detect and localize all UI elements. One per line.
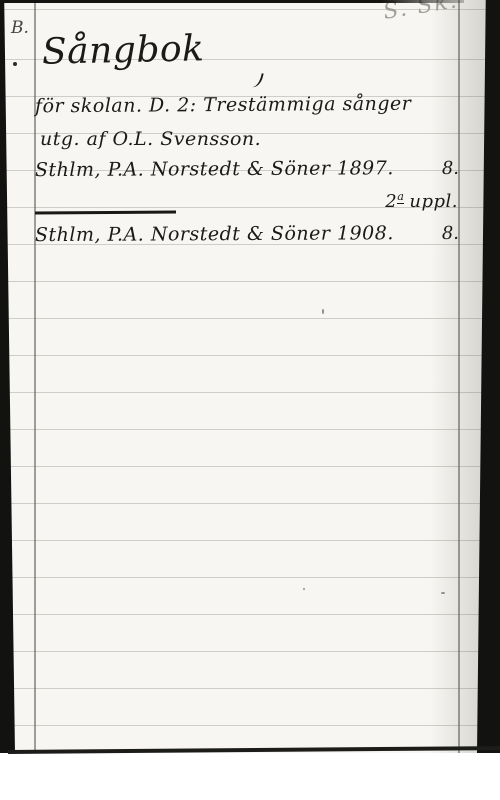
scan-speck xyxy=(303,588,305,590)
edition-note: 2auppl. xyxy=(0,190,458,212)
edition-superscript: a xyxy=(397,190,404,204)
scan-border-top xyxy=(0,0,464,3)
ink-divider-line xyxy=(35,211,176,214)
imprint-1897: Sthlm, P.A. Norstedt & Söner 1897. xyxy=(35,157,394,181)
entry-1897: Sthlm, P.A. Norstedt & Söner 1897. 8. xyxy=(35,157,459,181)
format-1897: 8. xyxy=(442,158,459,179)
pencil-shelf-mark: S. Sk. xyxy=(382,0,461,25)
card-paper: S. Sk. B. Sångbok för skolan. D. 2: Tres… xyxy=(0,0,500,753)
edition-number: 2 xyxy=(385,191,397,212)
margin-classification-letter: B. xyxy=(11,18,29,38)
format-1908: 8. xyxy=(442,223,459,244)
ink-dot xyxy=(13,62,17,66)
scan-speck xyxy=(441,592,445,594)
right-margin-rule xyxy=(458,0,460,753)
scanned-catalog-card: S. Sk. B. Sångbok för skolan. D. 2: Tres… xyxy=(0,0,500,800)
card-subtitle: för skolan. D. 2: Trestämmiga sånger xyxy=(35,93,411,118)
pen-flourish xyxy=(249,71,264,89)
editor-statement: utg. af O.L. Svensson. xyxy=(40,128,261,150)
card-title: Sångbok xyxy=(42,28,205,72)
scan-speck xyxy=(322,309,324,314)
entry-1908: Sthlm, P.A. Norstedt & Söner 1908. 8. xyxy=(35,222,459,246)
imprint-1908: Sthlm, P.A. Norstedt & Söner 1908. xyxy=(35,222,394,246)
edition-word: uppl. xyxy=(409,191,458,212)
